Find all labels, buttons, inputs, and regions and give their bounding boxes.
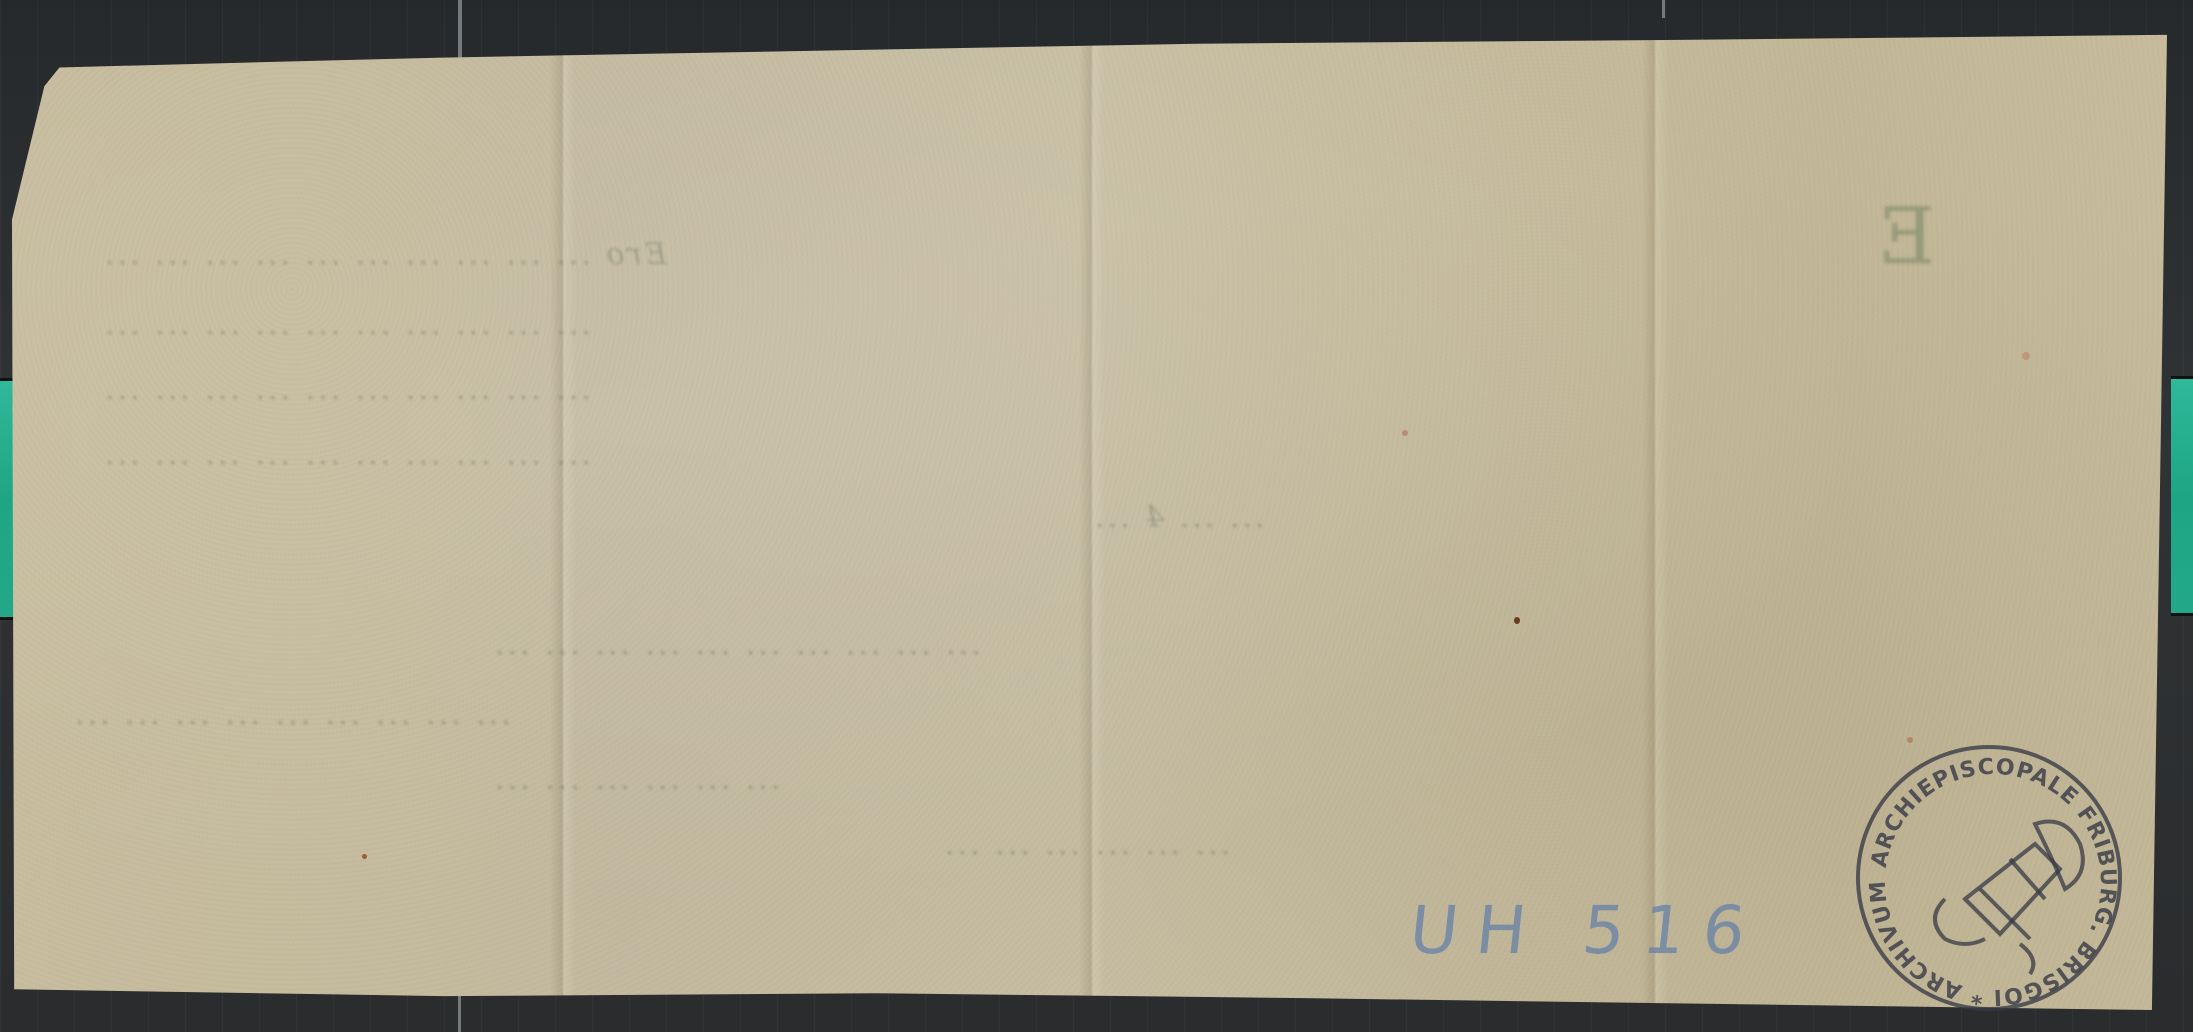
board-seam — [458, 0, 462, 62]
fold-crease — [1642, 22, 1668, 1010]
bleed-through-line: ... ... ... ... ... ... ... ... ... ... — [102, 437, 591, 472]
bleed-through-line: ... ... 4 ... — [1092, 500, 1265, 535]
bleed-through-line: ... ... ... ... ... ... ... ... ... — [72, 697, 511, 732]
stain-spot — [1907, 737, 1913, 743]
stain-spot — [2022, 352, 2030, 360]
coat-of-arms-icon: ARCHIEPISCOPALE FRIBURG. BRISGOI * ARCHI… — [1860, 749, 2126, 1015]
bleed-through-initial: E — [1878, 192, 1935, 282]
bleed-through-line: ... ... ... ... ... ... ... ... ... ... — [492, 627, 981, 662]
svg-text:ARCHIEPISCOPALE FRIBURG. BRISG: ARCHIEPISCOPALE FRIBURG. BRISGOI * ARCHI… — [1865, 755, 2120, 1009]
stain-spot — [1402, 430, 1408, 436]
fold-crease — [550, 22, 576, 1010]
shelfmark-pencil-note: UH 516 — [1406, 892, 1767, 969]
bleed-through-line: ... ... ... ... ... ... — [942, 827, 1230, 862]
bleed-through-line: Ero ... ... ... ... ... ... ... ... ... … — [102, 237, 667, 272]
bleed-through-line: ... ... ... ... ... ... ... ... ... ... — [102, 372, 591, 407]
stain-spot — [362, 854, 367, 859]
board-seam — [1662, 0, 1665, 18]
bleed-through-line: ... ... ... ... ... ... ... ... ... ... — [102, 307, 591, 342]
parchment-sheet: E Ero ... ... ... ... ... ... ... ... ..… — [12, 22, 2167, 1010]
archive-stamp: ARCHIEPISCOPALE FRIBURG. BRISGOI * ARCHI… — [1856, 745, 2122, 1011]
stain-spot — [1514, 617, 1520, 624]
green-tab-right — [2171, 376, 2193, 616]
bleed-through-line: ... ... ... ... ... ... — [492, 762, 780, 797]
green-tab-left — [0, 378, 14, 620]
board-seam — [458, 990, 461, 1032]
